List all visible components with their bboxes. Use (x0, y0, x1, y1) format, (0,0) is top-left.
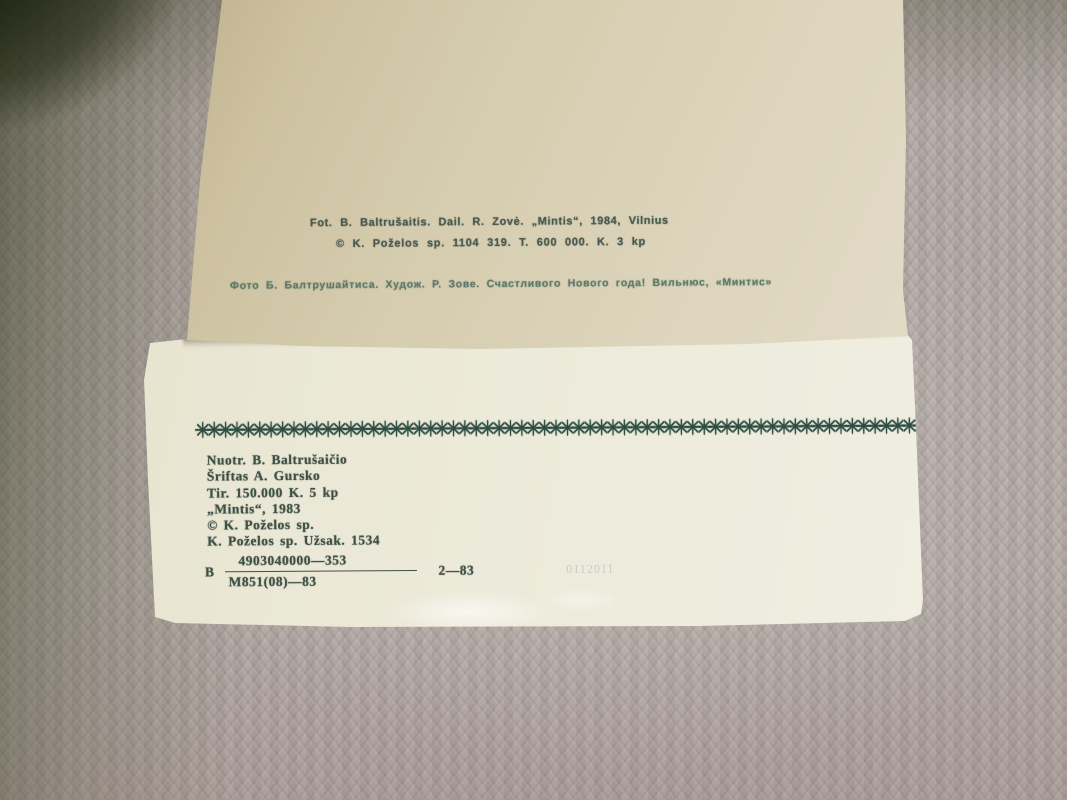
imprint-line: K. Poželos sp. Užsak. 1534 (207, 533, 380, 551)
photo-scene: ✳✳✳✳✳✳✳✳✳✳✳✳✳✳✳✳✳✳✳✳✳✳✳✳✳✳✳✳✳✳✳✳✳✳✳✳✳✳✳✳… (0, 0, 1067, 800)
imprint-line: Šriftas A. Gursko (207, 468, 380, 486)
code-prefix: В (205, 564, 215, 580)
code-denominator: М851(08)—83 (225, 573, 417, 590)
catalog-code-block: В 4903040000—353 М851(08)—83 2—83 011201… (205, 551, 615, 591)
code-numerator: 4903040000—353 (224, 552, 416, 569)
imprint-line: „Mintis“, 1983 (207, 500, 380, 518)
faint-number-stamp: 0112011 (566, 562, 614, 577)
edition-code: 2—83 (438, 562, 474, 578)
bottom-card-imprint-block: Nuotr. B. Baltrušaičio Šriftas A. Gursko… (207, 451, 381, 550)
imprint-line: Tir. 150.000 K. 5 kp (207, 484, 380, 502)
imprint-line: Nuotr. B. Baltrušaičio (207, 451, 380, 469)
code-fraction: 4903040000—353 М851(08)—83 (224, 552, 416, 590)
top-imprint-line-1: Fot. B. Baltrušaitis. Dail. R. Zovė. „Mi… (310, 215, 669, 230)
top-imprint-line-russian: Фото Б. Балтрушайтиса. Худож. Р. Зове. С… (230, 276, 772, 292)
imprint-line: © K. Poželos sp. (207, 517, 380, 535)
snowflake-ornament-row: ✳✳✳✳✳✳✳✳✳✳✳✳✳✳✳✳✳✳✳✳✳✳✳✳✳✳✳✳✳✳✳✳✳✳✳✳✳✳✳✳… (194, 414, 930, 442)
top-imprint-line-2: © K. Poželos sp. 1104 319. T. 600 000. K… (336, 236, 646, 250)
fraction-bar (225, 570, 417, 572)
